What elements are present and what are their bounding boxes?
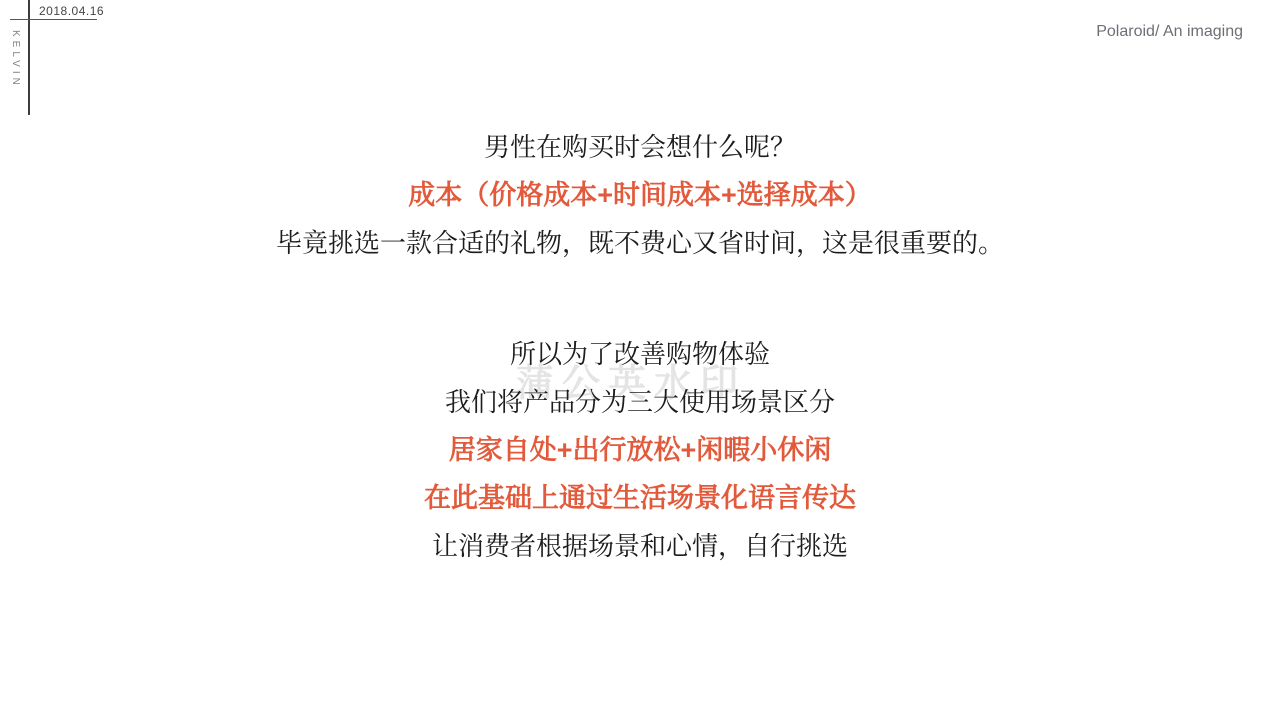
date-label: 2018.04.16 [39,4,104,18]
note-line: 毕竟挑选一款合适的礼物，既不费心又省时间，这是很重要的。 [0,219,1280,267]
vertical-rule [28,0,30,115]
scenes-line: 居家自处+出行放松+闲暇小休闲 [0,426,1280,474]
author-label: KELVIN [10,30,21,89]
horizontal-rule [10,19,97,20]
cost-formula-line: 成本（价格成本+时间成本+选择成本） [0,171,1280,219]
paragraph-block-scenes: 所以为了改善购物体验 我们将产品分为三大使用场景区分 居家自处+出行放松+闲暇小… [0,330,1280,570]
slide-canvas: 2018.04.16 KELVIN Polaroid/ An imaging 蒲… [0,0,1280,720]
conclusion-line: 让消费者根据场景和心情，自行挑选 [0,522,1280,570]
method-line: 在此基础上通过生活场景化语言传达 [0,474,1280,522]
paragraph-block-costs: 男性在购买时会想什么呢？ 成本（价格成本+时间成本+选择成本） 毕竟挑选一款合适… [0,123,1280,267]
brand-label: Polaroid/ An imaging [1096,23,1243,41]
question-line: 男性在购买时会想什么呢？ [0,123,1280,171]
intro-line: 所以为了改善购物体验 [0,330,1280,378]
approach-line: 我们将产品分为三大使用场景区分 [0,378,1280,426]
